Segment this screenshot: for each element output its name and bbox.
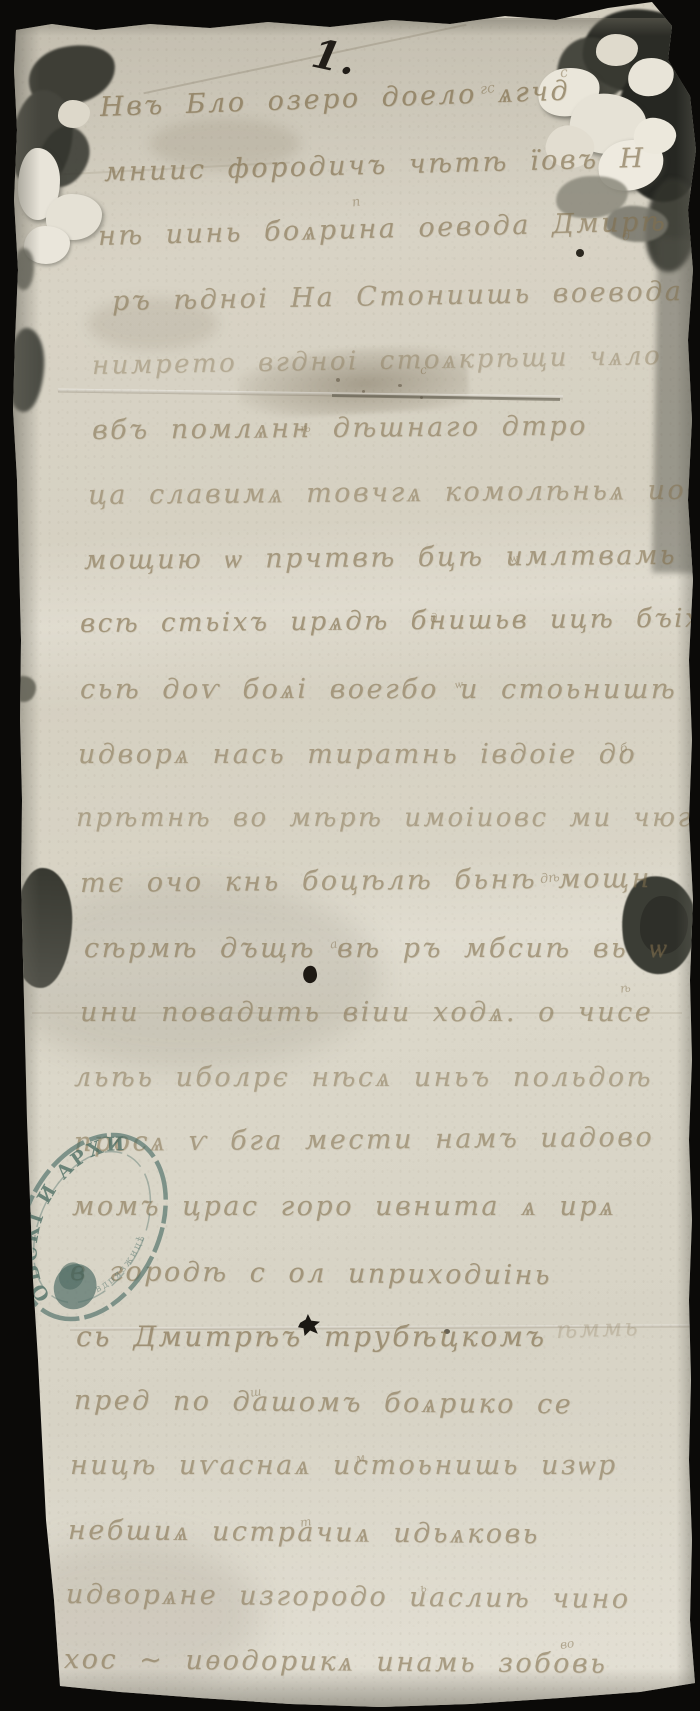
superscript-letter: гс xyxy=(479,81,496,97)
ink-blot xyxy=(576,249,584,257)
manuscript-line: сьѣ доѵ боѧі воегбо и стоьнишѣ xyxy=(80,676,677,703)
right-torn-edge xyxy=(676,0,700,1711)
manuscript-line: ѣммь xyxy=(556,1315,641,1342)
manuscript-line: нимрето вгдноі стоѧкрѣщи чѧло xyxy=(92,343,663,379)
superscript-letter: ѡ xyxy=(454,678,463,691)
ink-blot xyxy=(301,965,319,985)
frayed-paper-lump xyxy=(18,148,60,220)
damage-patch-dark xyxy=(7,87,77,193)
superscript-letter: дѣ xyxy=(539,871,560,887)
superscript-letter: ѣ xyxy=(619,981,631,994)
manuscript-line: мощию ѡ прчтвѣ бцѣ имлтвамь xyxy=(84,542,677,574)
damage-patch-dark xyxy=(6,327,46,413)
manuscript-line: нѣ иинь боѧрина оевода Дмирѣ xyxy=(98,208,668,250)
stain-speck xyxy=(420,396,423,399)
superscript-letter: во xyxy=(559,1637,575,1651)
superscript-letter: п xyxy=(351,195,361,209)
superscript-letter: т xyxy=(299,1515,312,1528)
damage-patch-dark xyxy=(14,248,34,290)
frayed-paper-lump xyxy=(46,194,102,240)
frayed-paper-lump xyxy=(596,34,638,66)
manuscript-line: хос ~ иѳодорикѧ инамь зобовь xyxy=(64,1646,608,1678)
superscript-letter: м xyxy=(354,1451,366,1464)
gray-wash xyxy=(0,880,380,1070)
stain-speck xyxy=(362,390,365,393)
superscript-letter: д xyxy=(429,612,438,625)
superscript-letter: д xyxy=(621,229,631,243)
folio-number: 1. xyxy=(308,30,363,85)
superscript-letter: ѡ xyxy=(509,552,518,565)
frayed-paper-lump xyxy=(24,226,70,264)
left-torn-edge xyxy=(10,0,40,1711)
superscript-letter: ѣ xyxy=(299,421,311,434)
manuscript-line: сѣрмѣ дъщѣ вѣ ръ мбсиѣ вь ѡ xyxy=(84,935,669,962)
manuscript-page: 1. Нвъ Бло озеро доело ѧгчдмниис фородич… xyxy=(0,0,700,1711)
damage-patch-dark xyxy=(31,120,97,195)
manuscript-line: льѣь иболрє нѣсѧ иньъ польдоѣ xyxy=(74,1064,653,1091)
manuscript-line: сь Дмитрѣъ трубѣцкомъ xyxy=(76,1323,547,1351)
stain-speck xyxy=(336,378,340,382)
manuscript-line: идворѧне изгородо иаслиѣ чино xyxy=(66,1581,631,1613)
frayed-paper-lump xyxy=(58,100,90,128)
manuscript-line: идворѧ нась тиратнь івдоіе до xyxy=(78,741,637,768)
fold-crease xyxy=(58,388,563,399)
superscript-letter: б xyxy=(619,742,628,755)
superscript-letter: ш xyxy=(249,1385,262,1398)
manuscript-line: ръ ѣдноі На Стониишь воевода xyxy=(112,278,684,315)
damage-patch-dark xyxy=(607,60,700,207)
tear-crack xyxy=(332,394,560,401)
photo-background: 1. Нвъ Бло озеро доело ѧгчдмниис фородич… xyxy=(0,0,700,1711)
superscript-letter: а xyxy=(329,938,338,951)
manuscript-line: тє очо кнь боцѣлѣ бьнѣ мощн xyxy=(80,865,652,897)
manuscript-line: всѣ стьіхъ ирѧдѣ бнишьв ицѣ бъіхоѵ xyxy=(80,605,700,637)
manuscript-line: прѣтнѣ во мѣрѣ имоіиовс ми чюгѧ а xyxy=(76,805,700,831)
svg-text:вдпязжицѣ: вдпязжицѣ xyxy=(90,1224,148,1303)
superscript-letter: с xyxy=(559,66,569,81)
manuscript-line: ницѣ иѵаснаѧ истоьнишь изѡр xyxy=(70,1452,618,1479)
manuscript-line: вбъ помлѧнн дѣшнаго дтро xyxy=(92,413,588,444)
stamp-arc-text-small: вдпязжицѣ xyxy=(90,1224,148,1303)
stain-speck xyxy=(398,384,402,387)
manuscript-line: ца славимѧ товчгѧ комолѣньѧ ио xyxy=(88,477,686,509)
damage-patch-dark xyxy=(12,676,36,702)
manuscript-line: пред по дашомъ боѧрико се xyxy=(74,1387,573,1418)
manuscript-line: мниис фородичъ чѣтѣ їовъ Н xyxy=(104,145,646,186)
damage-patch-dark xyxy=(12,867,74,989)
manuscript-line: ини повадить віии ходѧ. о чисе xyxy=(80,999,653,1026)
top-torn-edge xyxy=(0,18,700,36)
damage-patch-dark xyxy=(579,4,700,101)
manuscript-line: Нвъ Бло озеро доело ѧгчд xyxy=(100,78,571,121)
frayed-paper-lump xyxy=(626,56,676,99)
superscript-letter: с xyxy=(419,364,427,377)
